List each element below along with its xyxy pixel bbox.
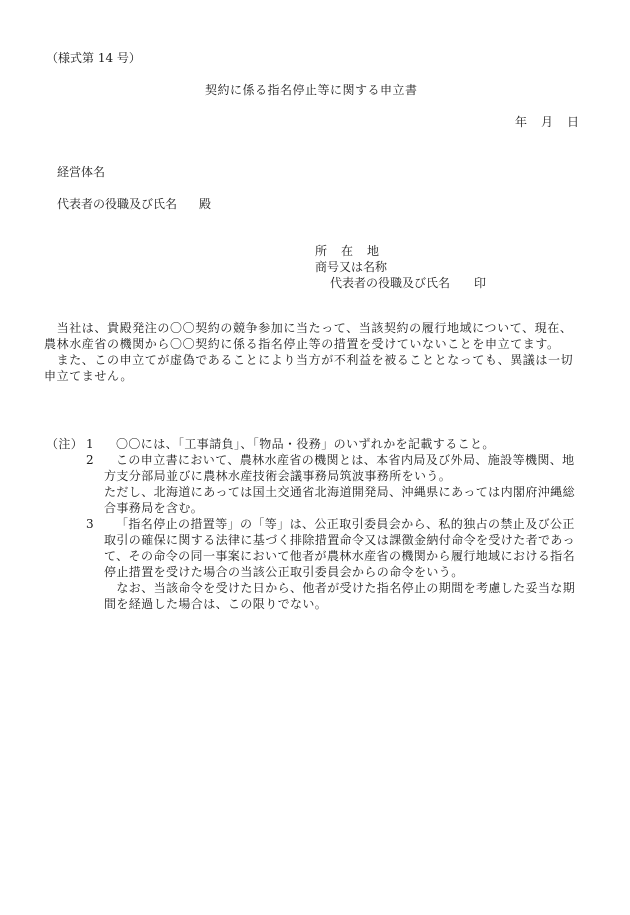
note-line: 「指名停止の措置等」の「等」は、公正取引委員会から、私的独占の禁止及び公正 <box>116 516 591 532</box>
applicant-address-label: 所在地 <box>315 243 486 259</box>
seal-mark: 印 <box>474 275 486 291</box>
applicant-representative: 代表者の役職及び氏名印 <box>315 275 486 291</box>
note-line: 停止措置を受けた場合の当該公正取引委員会からの命令をいう。 <box>104 564 591 580</box>
date-day: 日 <box>567 114 579 130</box>
note-line: 方支分部局並びに農林水産技術会議事務局筑波事務所をいう。 <box>104 468 591 484</box>
notes-section: （注） 1 〇〇には、「工事請負」、「物品・役務」のいずれかを記載すること。 2… <box>46 436 591 612</box>
date-line: 年月日 <box>515 114 579 130</box>
note-line: 合事務局を含む。 <box>104 500 591 516</box>
note-item-1: （注） 1 〇〇には、「工事請負」、「物品・役務」のいずれかを記載すること。 <box>46 436 591 452</box>
notes-lead: （注） <box>46 436 86 452</box>
note-number: 1 <box>86 436 116 452</box>
addressee-representative: 代表者の役職及び氏名殿 <box>57 196 211 212</box>
address-char: 地 <box>367 243 393 259</box>
addressee-business-name: 経営体名 <box>57 164 105 180</box>
statement-line: 農林水産省の機関から〇〇契約に係る指名停止等の措置を受けていないことを申立てます… <box>44 336 584 352</box>
date-month: 月 <box>541 114 553 130</box>
note-line: 間を経過した場合は、この限りでない。 <box>104 596 591 612</box>
note-line: 取引の確保に関する法律に基づく排除措置命令又は課徴金納付命令を受けた者であっ <box>104 532 591 548</box>
statement-line: また、この申立てが虚偽であることにより当方が不利益を被ることとなっても、異議は一… <box>44 352 584 368</box>
note-item-3: 3 「指名停止の措置等」の「等」は、公正取引委員会から、私的独占の禁止及び公正 … <box>46 516 591 612</box>
applicant-representative-label: 代表者の役職及び氏名 <box>330 276 450 290</box>
note-line: ただし、北海道にあっては国土交通省北海道開発局、沖縄県にあっては内閣府沖縄総 <box>104 484 591 500</box>
statement-body: 当社は、貴殿発注の〇〇契約の競争参加に当たって、当該契約の履行地域について、現在… <box>44 320 584 384</box>
note-line: 〇〇には、「工事請負」、「物品・役務」のいずれかを記載すること。 <box>116 436 591 452</box>
note-line: なお、当該命令を受けた日から、他者が受けた指名停止の期間を考慮した妥当な期 <box>104 580 591 596</box>
honorific: 殿 <box>199 196 211 212</box>
statement-line: 当社は、貴殿発注の〇〇契約の競争参加に当たって、当該契約の履行地域について、現在… <box>44 320 584 336</box>
statement-line: 申立てません。 <box>44 368 584 384</box>
note-item-2: 2 この申立書において、農林水産省の機関とは、本省内局及び外局、施設等機関、地 … <box>46 452 591 516</box>
address-char: 在 <box>341 243 367 259</box>
document-title: 契約に係る指名停止等に関する申立書 <box>205 82 418 98</box>
addressee-representative-label: 代表者の役職及び氏名 <box>57 197 177 211</box>
note-line: て、その命令の同一事案において他者が農林水産省の機関から履行地域における指名 <box>104 548 591 564</box>
applicant-block: 所在地 商号又は名称 代表者の役職及び氏名印 <box>315 243 486 291</box>
applicant-company-label: 商号又は名称 <box>315 259 486 275</box>
form-number: （様式第 14 号） <box>46 50 141 66</box>
date-year: 年 <box>515 114 527 130</box>
address-char: 所 <box>315 243 341 259</box>
note-line: この申立書において、農林水産省の機関とは、本省内局及び外局、施設等機関、地 <box>116 452 591 468</box>
